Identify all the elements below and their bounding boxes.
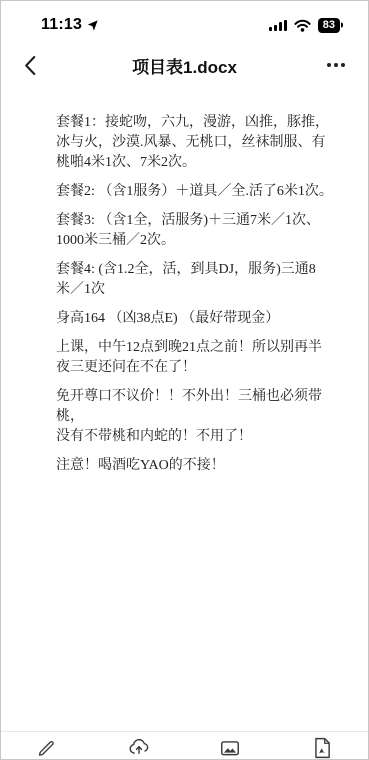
cloud-upload-icon xyxy=(128,737,150,759)
doc-paragraph: 套餐2: （含1服务）＋道具／全.活了6米1次。 xyxy=(56,182,354,202)
nav-bar: 项目表1.docx xyxy=(1,41,368,89)
pdf-file-icon xyxy=(312,737,332,759)
status-indicators: 83 xyxy=(269,18,340,33)
doc-paragraph: 注意！喝酒吃YAO的不接！ xyxy=(56,456,354,476)
doc-paragraph: 套餐4: (含1.2全，活，到具DJ，服务)三通8 米／1次 xyxy=(56,260,354,300)
back-button[interactable] xyxy=(13,41,47,89)
ellipsis-icon xyxy=(327,63,331,67)
image-icon xyxy=(219,737,241,759)
doc-paragraph: 免开尊口不议价！！不外出！三桶也必须带 桃， 没有不带桃和内蛇的！不用了！ xyxy=(56,387,354,447)
doc-paragraph: 身高164 （凶38点E) （最好带现金） xyxy=(56,309,354,329)
clock-text: 11:13 xyxy=(41,16,82,34)
location-arrow-icon xyxy=(86,19,99,32)
export-pdf-button[interactable] xyxy=(276,737,368,759)
wifi-icon xyxy=(294,19,311,32)
cloud-upload-button[interactable] xyxy=(93,737,185,759)
status-bar: 11:13 83 xyxy=(1,1,368,41)
export-image-button[interactable] xyxy=(185,737,277,759)
bottom-toolbar xyxy=(1,731,368,759)
doc-paragraph: 上课，中午12点到晚21点之前！所以别再半 夜三更还问在不在了！ xyxy=(56,338,354,378)
more-menu-button[interactable] xyxy=(316,41,356,89)
edit-pencil-icon xyxy=(36,737,57,759)
page-title: 项目表1.docx xyxy=(1,53,368,78)
cellular-signal-icon xyxy=(269,20,287,31)
edit-button[interactable] xyxy=(1,737,93,759)
battery-percent: 83 xyxy=(323,19,335,31)
doc-paragraph: 套餐1：接蛇吻，六九，漫游，凶推，豚推， 冰与火，沙漠.风暴、无桃口，丝袜制服、… xyxy=(56,113,354,173)
chevron-left-icon xyxy=(24,55,36,76)
doc-paragraph: 套餐3: （含1全，活服务)＋三通7米／1次、 1000米三桶／2次。 xyxy=(56,211,354,251)
screen: 11:13 83 项目表1.docx xyxy=(0,0,369,760)
status-time: 11:13 xyxy=(41,16,99,34)
document-view[interactable]: 套餐1：接蛇吻，六九，漫游，凶推，豚推， 冰与火，沙漠.风暴、无桃口，丝袜制服、… xyxy=(56,113,354,485)
battery-icon: 83 xyxy=(318,18,340,33)
